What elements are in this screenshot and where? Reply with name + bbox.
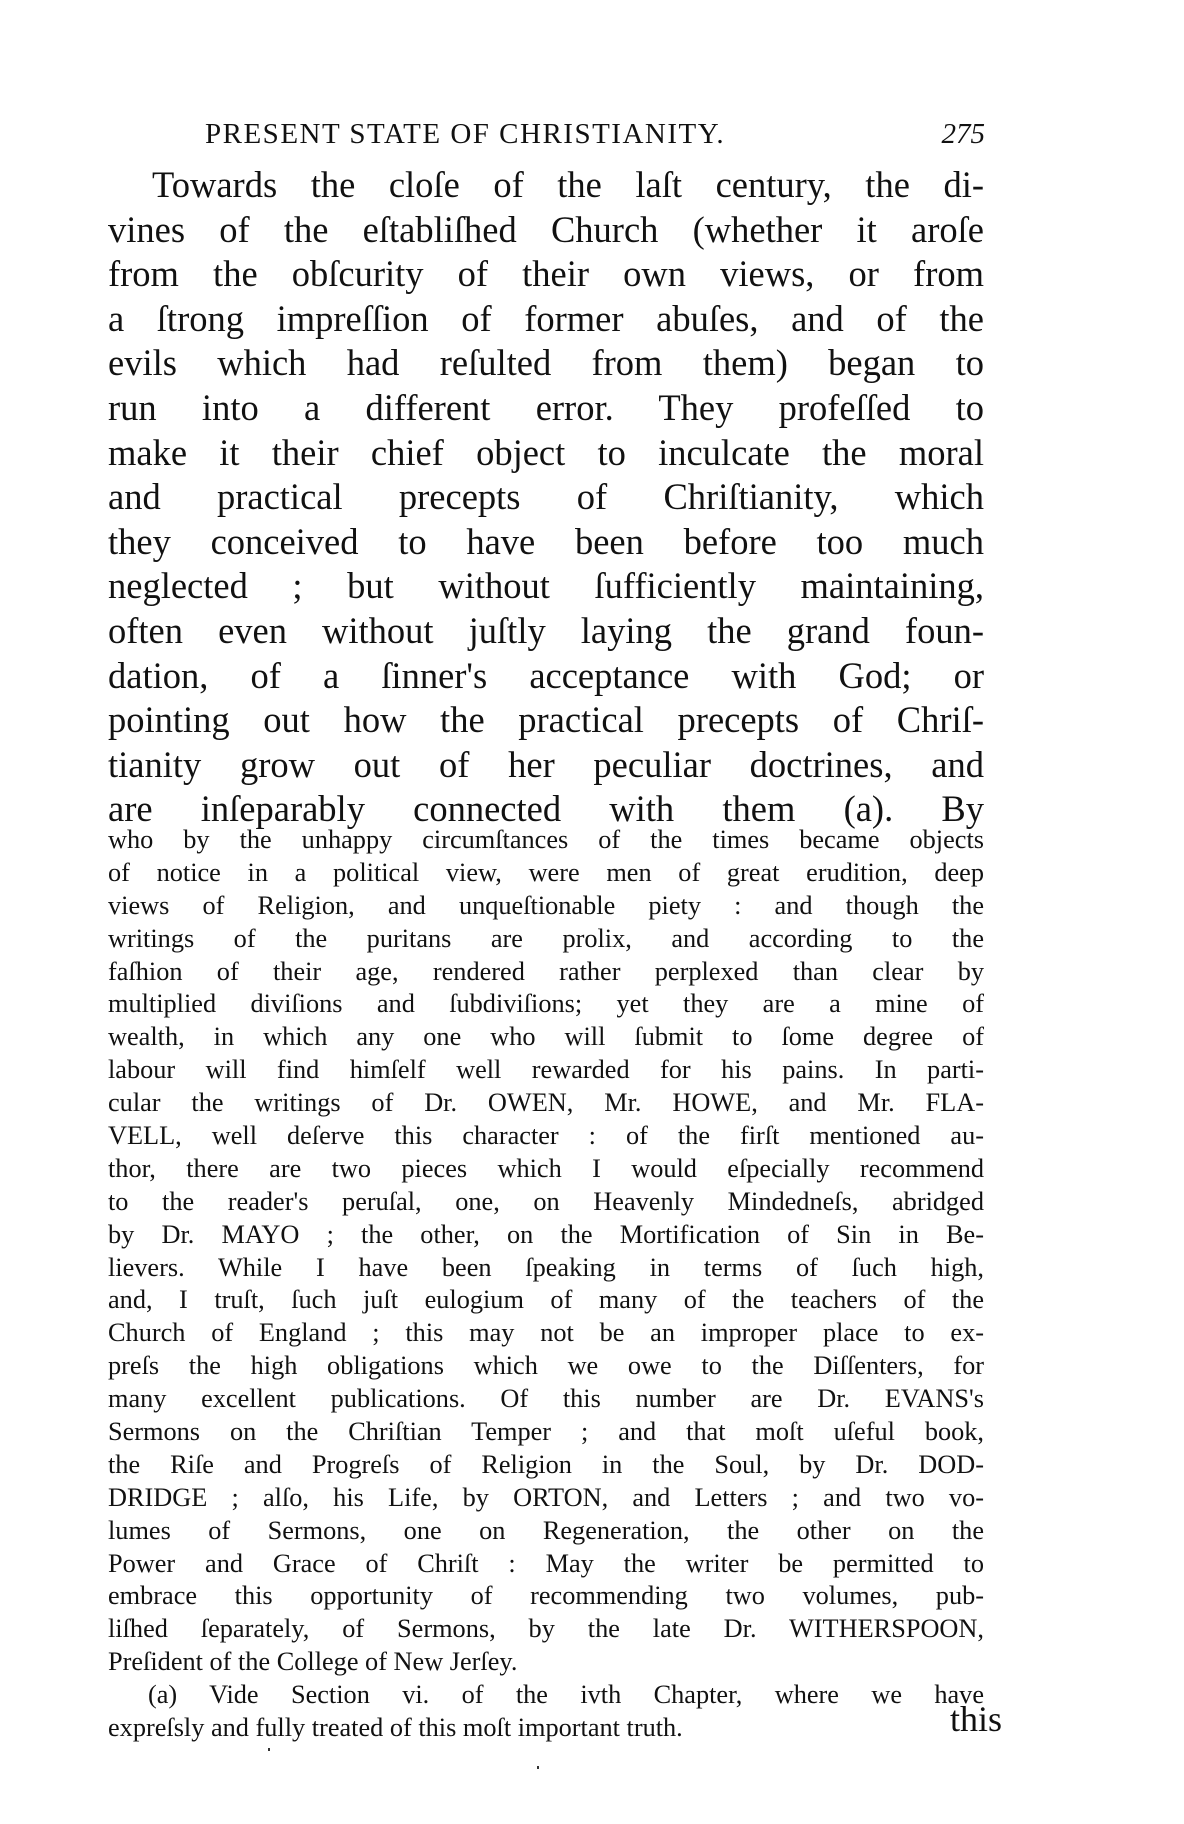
footnote-line: thor, there are two pieces which I would… <box>108 1153 984 1186</box>
main-line: tianity grow out of her peculiar doctrin… <box>108 743 984 788</box>
main-line: from the obſcurity of their own views, o… <box>108 252 984 297</box>
footnote-a-line: expreſsly and fully treated of this moſt… <box>108 1712 984 1745</box>
footnote-line: Church of England ; this may not be an i… <box>108 1317 984 1350</box>
footnotes: who by the unhappy circumſtances of the … <box>108 824 984 1745</box>
footnote-line: and, I truſt, ſuch juſt eulogium of many… <box>108 1284 984 1317</box>
main-line: neglected ; but without ſufficiently mai… <box>108 564 984 609</box>
main-line: run into a different error. They profeſſ… <box>108 386 984 431</box>
footnote-line: faſhion of their age, rendered rather pe… <box>108 956 984 989</box>
footnote-line: Sermons on the Chriſtian Temper ; and th… <box>108 1416 984 1449</box>
main-line: pointing out how the practical precepts … <box>108 698 984 743</box>
footnote-line: labour will find himſelf well rewarded f… <box>108 1054 984 1087</box>
footnote-line: of notice in a political view, were men … <box>108 857 984 890</box>
main-line: vines of the eſtabliſhed Church (whether… <box>108 208 984 253</box>
footnote-line: embrace this opportunity of recommending… <box>108 1580 984 1613</box>
main-line: a ſtrong impreſſion of former abuſes, an… <box>108 297 984 342</box>
main-line: dation, of a ſinner's acceptance with Go… <box>108 654 984 699</box>
footnote-line: Preſident of the College of New Jerſey. <box>108 1646 984 1679</box>
main-line: often even without juſtly laying the gra… <box>108 609 984 654</box>
running-head-title: PRESENT STATE OF CHRISTIANITY. <box>205 118 725 151</box>
footnote-line: views of Religion, and unqueſtionable pi… <box>108 890 984 923</box>
footnote-line: who by the unhappy circumſtances of the … <box>108 824 984 857</box>
print-speck <box>537 1766 539 1769</box>
footnote-line: Power and Grace of Chriſt : May the writ… <box>108 1548 984 1581</box>
main-line: and practical precepts of Chriſtianity, … <box>108 475 984 520</box>
main-line: they conceived to have been before too m… <box>108 520 984 565</box>
main-line: make it their chief object to inculcate … <box>108 431 984 476</box>
footnote-line: VELL, well deſerve this character : of t… <box>108 1120 984 1153</box>
main-line: evils which had reſulted from them) bega… <box>108 341 984 386</box>
footnote-line: cular the writings of Dr. OWEN, Mr. HOWE… <box>108 1087 984 1120</box>
main-line: Towards the cloſe of the laſt century, t… <box>108 163 984 208</box>
footnote-line: wealth, in which any one who will ſubmit… <box>108 1021 984 1054</box>
footnote-line: lievers. While I have been ſpeaking in t… <box>108 1252 984 1285</box>
book-page: PRESENT STATE OF CHRISTIANITY. 275 Towar… <box>0 0 1184 1824</box>
footnote-line: lumes of Sermons, one on Regeneration, t… <box>108 1515 984 1548</box>
footnote-line: writings of the puritans are prolix, and… <box>108 923 984 956</box>
footnote-line: liſhed ſeparately, of Sermons, by the la… <box>108 1613 984 1646</box>
footnote-a-line: (a) Vide Section vi. of the ivth Chapter… <box>108 1679 984 1712</box>
page-number: 275 <box>942 118 986 151</box>
footnote-line: by Dr. MAYO ; the other, on the Mortific… <box>108 1219 984 1252</box>
footnote-line: the Riſe and Progreſs of Religion in the… <box>108 1449 984 1482</box>
footnote-line: many excellent publications. Of this num… <box>108 1383 984 1416</box>
catchword: this <box>950 1698 1002 1740</box>
main-text: Towards the cloſe of the laſt century, t… <box>108 163 984 832</box>
running-head: PRESENT STATE OF CHRISTIANITY. 275 <box>205 118 985 158</box>
footnote-line: multiplied diviſions and ſubdiviſions; y… <box>108 988 984 1021</box>
footnote-line: preſs the high obligations which we owe … <box>108 1350 984 1383</box>
footnote-line: to the reader's peruſal, one, on Heavenl… <box>108 1186 984 1219</box>
footnote-line: DRIDGE ; alſo, his Life, by ORTON, and L… <box>108 1482 984 1515</box>
print-speck <box>268 1748 270 1751</box>
